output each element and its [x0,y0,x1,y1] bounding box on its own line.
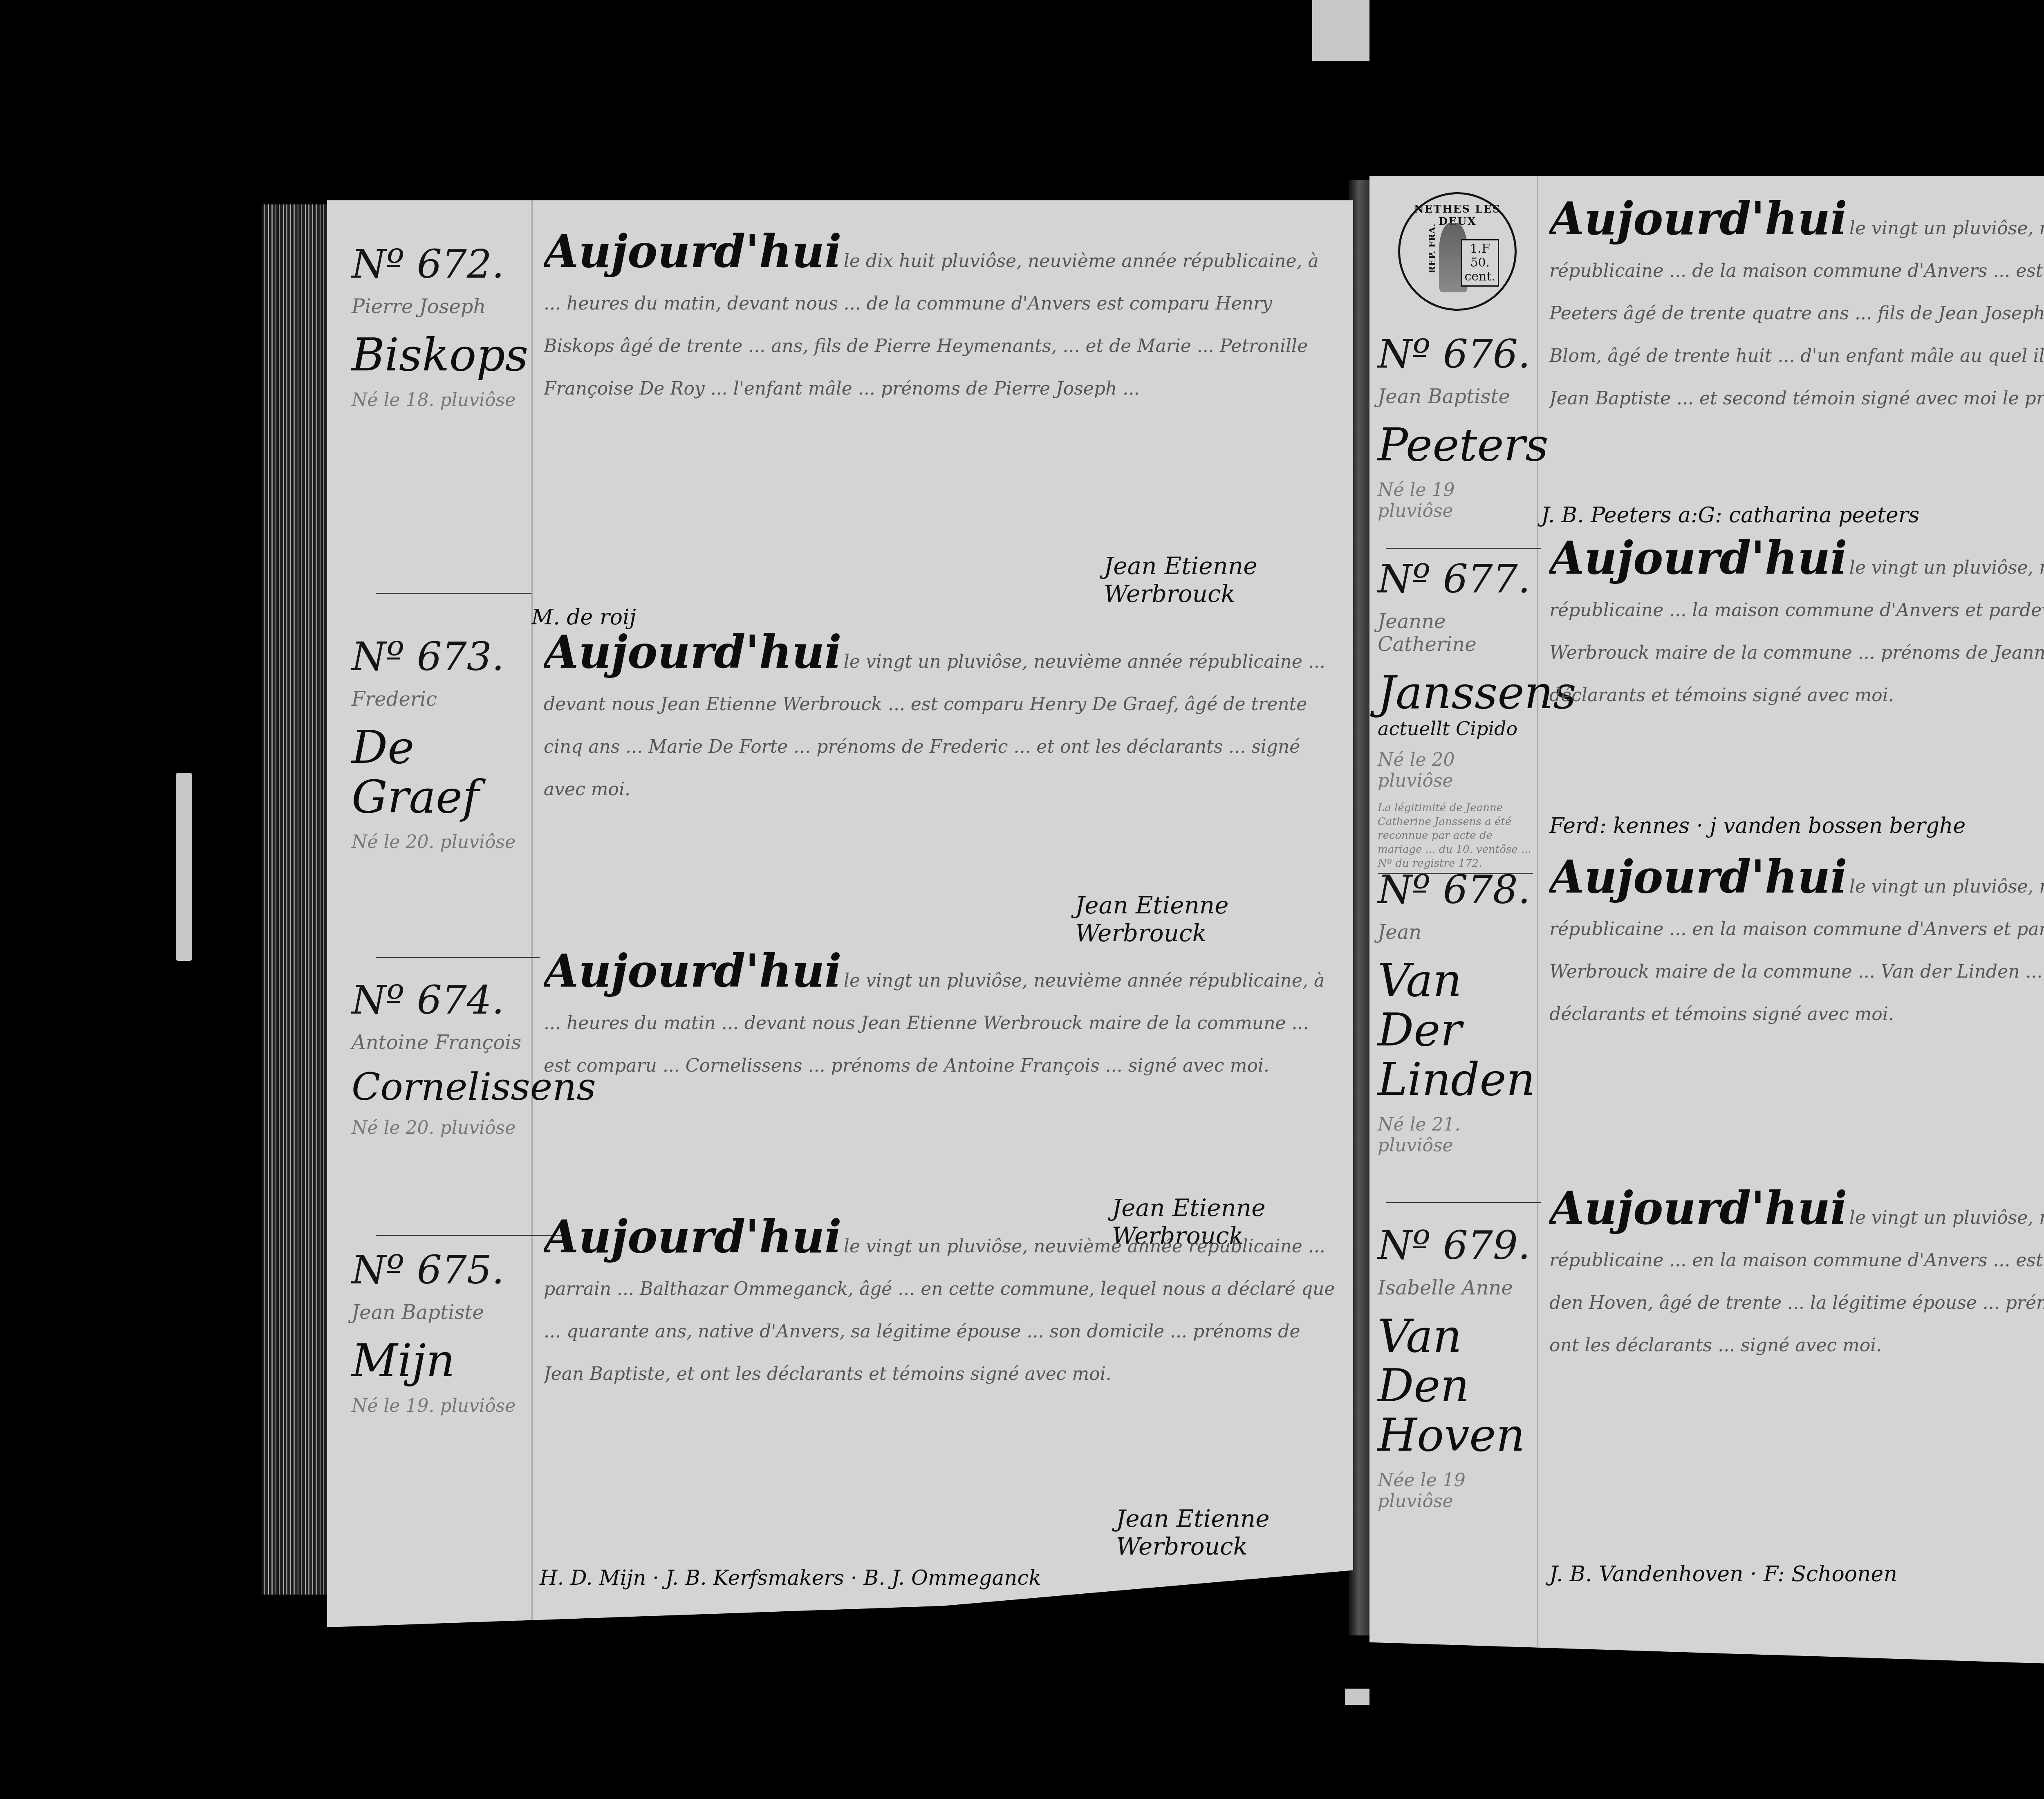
entry-opening: Aujourd'hui [544,944,842,997]
birth-date: Né le 19. pluviôse [352,1395,527,1416]
margin-entry-678: Nº 678. Jean Van Der Linden Né le 21. pl… [1378,867,1533,1156]
margin-entry-676: Nº 676. Jean Baptiste Peeters Né le 19 p… [1378,331,1533,521]
entry-number: Nº 674. [352,977,527,1023]
entry-number: Nº 679. [1378,1223,1533,1268]
stamp-side-text: REP. FRA. [1427,224,1438,274]
surname: Janssens [1378,668,1533,718]
entry-opening: Aujourd'hui [1549,850,1847,903]
entry-opening: Aujourd'hui [544,1210,842,1263]
witness-signatures: Ferd: kennes · j vanden bossen berghe [1549,814,1966,838]
surname: Mijn [352,1336,527,1386]
entry-number: Nº 672. [352,241,527,287]
surname: Van Der Linden [1378,956,1533,1104]
entry-opening: Aujourd'hui [544,626,842,678]
republic-tax-stamp: NETHES LES DEUX REP. FRA. 1.F 50. cent. [1398,192,1517,311]
surname: De Graef [352,723,527,822]
birth-date: Née le 19 pluviôse [1378,1470,1533,1512]
entry-body-679: Aujourd'hui le vingt un pluviôse, neuviè… [1549,1182,2044,1501]
current-name-note: actuellt Cipido [1378,718,1533,740]
entry-body-672: Aujourd'hui le dix huit pluviôse, neuviè… [544,225,1337,536]
given-names: Jean Baptiste [352,1301,527,1324]
scanner-clip-bottom [1345,1689,1369,1705]
stamp-value: 1.F 50. cent. [1461,239,1499,287]
book-edge-pages [262,204,327,1595]
entry-body-678: Aujourd'hui le vingt un pluviôse, neuviè… [1549,850,2044,1128]
birth-date: Né le 18. pluviôse [352,390,527,410]
given-names: Isabelle Anne [1378,1276,1533,1299]
legitimation-note: La légitimité de Jeanne Catherine Jansse… [1378,801,1533,874]
surname: Biskops [352,330,527,380]
birth-date: Né le 21. pluviôse [1378,1114,1533,1156]
given-names: Jean Baptiste [1378,385,1533,408]
entry-number: Nº 677. [1378,556,1533,602]
surname: Van Den Hoven [1378,1312,1533,1460]
entry-opening: Aujourd'hui [1549,532,1847,584]
entry-opening: Aujourd'hui [544,225,842,278]
right-page: 86 NETHES LES DEUX REP. FRA. 1.F 50. cen… [1369,176,2044,1672]
birth-date: Né le 20. pluviôse [352,832,527,852]
entry-text: le vingt un pluviôse, neuvième année rép… [1549,218,2044,409]
given-names: Jeanne Catherine [1378,610,1533,656]
entry-divider [376,593,531,594]
witness-signatures: H. D. Mijn · J. B. Kerfsmakers · B. J. O… [540,1566,1041,1590]
birth-date: Né le 20. pluviôse [352,1117,527,1138]
entry-divider [1386,548,1541,549]
surname: Peeters [1378,420,1533,470]
entry-number: Nº 678. [1378,867,1533,913]
entry-body-674: Aujourd'hui le vingt un pluviôse, neuviè… [544,944,1337,1206]
left-page: Nº 672. Pierre Joseph Biskops Né le 18. … [327,200,1353,1627]
scanner-clip-top [1312,0,1369,61]
given-names: Frederic [352,688,527,711]
given-names: Antoine François [352,1031,527,1054]
birth-date: Né le 19 pluviôse [1378,480,1533,521]
registrar-signature: Jean Etienne Werbrouck [1075,891,1353,947]
scanner-clip-left [176,773,192,961]
margin-entry-675: Nº 675. Jean Baptiste Mijn Né le 19. plu… [352,1247,527,1416]
entry-divider [1386,1202,1541,1203]
witness-signatures: J. B. Vandenhoven · F: Schoonen [1549,1562,1897,1586]
margin-entry-674: Nº 674. Antoine François Cornelissens Né… [352,977,527,1138]
marginal-annotation: J. B. Peeters a:G: catharina peeters [1541,503,1919,527]
registrar-signature: Jean Etienne Werbrouck [1116,1505,1353,1560]
entry-opening: Aujourd'hui [1549,1182,1847,1234]
margin-entry-677: Nº 677. Jeanne Catherine Janssens actuel… [1378,556,1533,874]
entry-number: Nº 673. [352,634,527,680]
entry-body-675: Aujourd'hui le vingt un pluviôse, neuviè… [544,1210,1337,1505]
margin-entry-673: Nº 673. Frederic De Graef Né le 20. pluv… [352,634,527,852]
birth-date: Né le 20 pluviôse [1378,749,1533,791]
entry-body-677: Aujourd'hui le vingt un pluviôse, neuviè… [1549,532,2044,818]
margin-entry-672: Nº 672. Pierre Joseph Biskops Né le 18. … [352,241,527,410]
entry-divider [376,957,540,958]
entry-number: Nº 675. [352,1247,527,1293]
margin-entry-679: Nº 679. Isabelle Anne Van Den Hoven Née … [1378,1223,1533,1512]
entry-body-673: Aujourd'hui le vingt un pluviôse, neuviè… [544,626,1337,904]
entry-number: Nº 676. [1378,331,1533,377]
registrar-signature: Jean Etienne Werbrouck [1104,552,1353,608]
entry-divider [376,1235,568,1236]
given-names: Pierre Joseph [352,295,527,318]
entry-body-676: Aujourd'hui le vingt un pluviôse, neuviè… [1549,192,2044,487]
given-names: Jean [1378,921,1533,944]
entry-opening: Aujourd'hui [1549,192,1847,245]
surname: Cornelissens [352,1066,527,1108]
